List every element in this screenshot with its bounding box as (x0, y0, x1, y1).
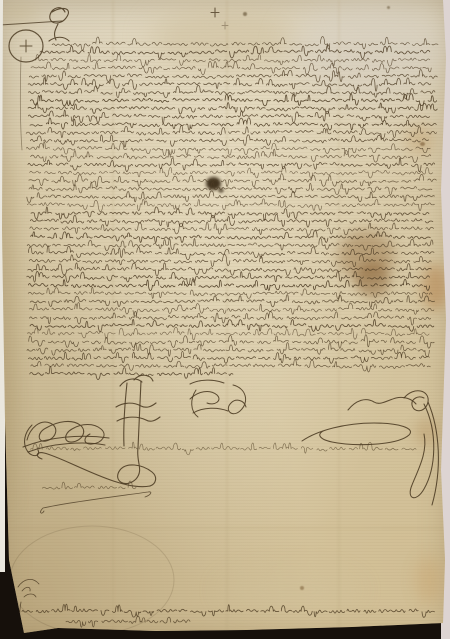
main-text-block (31, 207, 429, 221)
main-text-block (28, 279, 429, 291)
main-text-block (31, 135, 429, 147)
main-text-block (40, 45, 430, 59)
main-text-block (28, 110, 429, 123)
main-text-block (31, 61, 431, 74)
main-text-block (30, 319, 434, 331)
main-text-block (30, 366, 233, 379)
main-text-block (36, 54, 430, 66)
notary-circle-cross (20, 40, 32, 52)
top-left-rubric-flourish (49, 8, 69, 41)
main-text-block (27, 327, 429, 340)
main-text-block (29, 255, 431, 267)
signature-second (117, 417, 160, 421)
main-text-block (31, 149, 431, 163)
signature-third (228, 385, 246, 414)
main-text-block (30, 222, 434, 235)
main-text-block (29, 70, 437, 83)
signature-right (302, 423, 411, 445)
signature-third (190, 380, 224, 384)
scanned-manuscript-page (0, 0, 450, 639)
main-text-block (28, 263, 432, 276)
signature-right (348, 397, 416, 410)
handwriting-ink-layer (0, 0, 450, 639)
main-text-block (27, 199, 434, 212)
signature-third (193, 408, 228, 413)
signature-second (124, 383, 127, 446)
main-text-block (27, 271, 430, 284)
main-text-block (26, 125, 436, 138)
bottom-note-block (22, 604, 435, 617)
bottom-note-block (66, 616, 190, 627)
main-text-block (28, 103, 437, 114)
main-text-block (28, 78, 431, 92)
signature-second (138, 381, 141, 448)
main-text-block (31, 231, 431, 243)
corner-horizontal-rule (0, 21, 62, 25)
signature-second (116, 403, 156, 407)
signature-second (118, 448, 156, 486)
signature-right (410, 404, 434, 498)
signature-left (27, 421, 104, 444)
signature-second (134, 375, 153, 381)
manuscript-paper (0, 0, 450, 639)
main-text-block (28, 246, 434, 260)
signature-second (120, 379, 142, 386)
main-text-block (29, 174, 437, 188)
margin-rule (20, 57, 22, 150)
main-text-block (29, 303, 434, 317)
top-center-cross (211, 8, 219, 17)
main-text-block (31, 359, 431, 372)
main-text-block (30, 166, 433, 178)
grm-annotation (18, 579, 39, 631)
main-text-block (30, 311, 431, 325)
main-text-block (29, 335, 434, 349)
signature-right (404, 391, 428, 411)
main-text-block (30, 94, 436, 106)
pencil-arc (10, 526, 174, 634)
main-text-block (28, 287, 432, 299)
main-text-block (27, 191, 435, 203)
main-text-block (29, 85, 435, 98)
underline-flourish (41, 492, 151, 513)
main-text-block (52, 37, 438, 51)
top-center-cross-faint (222, 22, 228, 29)
main-text-block (28, 351, 429, 363)
